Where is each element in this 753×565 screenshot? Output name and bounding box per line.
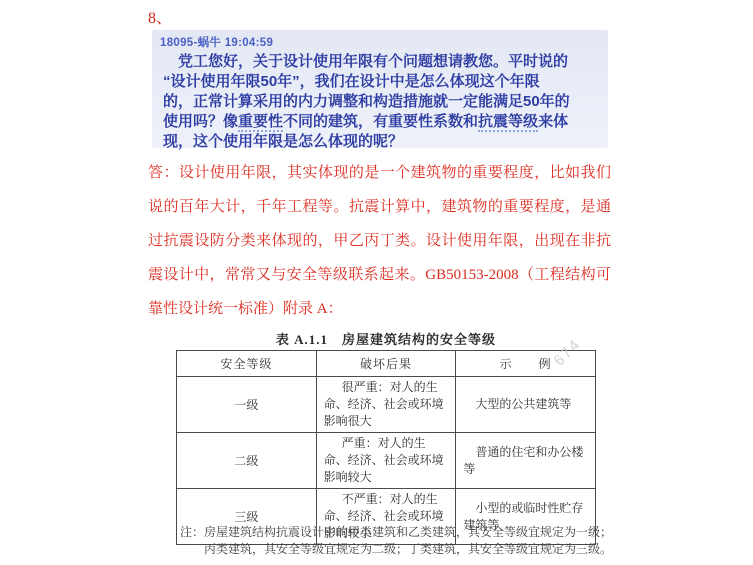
chat-line-3: 的，正常计算采用的内力调整和构造措施就一定能满足50年的 — [163, 92, 598, 112]
cell-consequence-text: 很严重：对人的生命、经济、社会或环境影响很大 — [324, 379, 449, 430]
table-header-row: 安全等级 破坏后果 示 例 — [177, 351, 596, 377]
chat-line-5: 现，这个使用年限是怎么体现的呢？ — [163, 132, 598, 152]
cell-consequence-text: 严重：对人的生命、经济、社会或环境影响较大 — [324, 435, 449, 486]
answer-line: 说的百年大计，千年工程等。抗震计算中，建筑物的重要程度，是通 — [148, 190, 611, 224]
table-row: 二级 严重：对人的生命、经济、社会或环境影响较大 普通的住宅和办公楼等 — [177, 433, 596, 489]
cell-consequence: 严重：对人的生命、经济、社会或环境影响较大 — [316, 433, 456, 489]
table-note-line: 丙类建筑，其安全等级宜规定为二级；丁类建筑，其安全等级宜规定为三级。 — [180, 541, 632, 558]
answer-line: 靠性设计统一标准）附录 A： — [148, 292, 611, 326]
table-note-line: 注：房屋建筑结构抗震设计中的甲类建筑和乙类建筑，其安全等级宜规定为一级； — [180, 524, 632, 541]
chat-line-2: “设计使用年限50年”，我们在设计中是怎么体现这个年限 — [163, 72, 598, 92]
answer-line: 答：设计使用年限，其实体现的是一个建筑物的重要程度，比如我们 — [148, 156, 611, 190]
chat-quote-card: 18095-蜗牛 19:04:59 党工您好，关于设计使用年限有个问题想请教您。… — [152, 30, 608, 148]
chat-line-4: 使用吗？像重要性不同的建筑，有重要性系数和抗震等级来体 — [163, 112, 598, 132]
chat-line-4-text: 使用吗？像 — [163, 113, 238, 130]
answer-line: 过抗震设防分类来体现的，甲乙丙丁类。设计使用年限，出现在非抗 — [148, 224, 611, 258]
chat-line-4-text: 不同的建筑，有重要性系数和 — [283, 113, 478, 130]
cell-example: 普通的住宅和办公楼等 — [456, 433, 596, 489]
chat-message: 党工您好，关于设计使用年限有个问题想请教您。平时说的 “设计使用年限50年”，我… — [152, 51, 608, 152]
column-header-failure-consequence: 破坏后果 — [316, 351, 456, 377]
chat-line-4-text: 来体 — [538, 113, 568, 130]
table-title: 表 A.1.1 房屋建筑结构的安全等级 — [176, 329, 596, 348]
column-header-safety-grade: 安全等级 — [177, 351, 317, 377]
cell-example: 大型的公共建筑等 — [456, 377, 596, 433]
chat-sender-timestamp: 18095-蜗牛 19:04:59 — [152, 30, 608, 51]
cell-consequence: 很严重：对人的生命、经济、社会或环境影响很大 — [316, 377, 456, 433]
document-page: 8、 18095-蜗牛 19:04:59 党工您好，关于设计使用年限有个问题想请… — [0, 0, 753, 565]
cell-example-text: 大型的公共建筑等 — [463, 396, 588, 413]
cell-example-text: 普通的住宅和办公楼等 — [463, 444, 588, 478]
answer-paragraph: 答：设计使用年限，其实体现的是一个建筑物的重要程度，比如我们 说的百年大计，千年… — [148, 156, 611, 326]
underlined-term-importance: 重要性 — [238, 113, 283, 132]
cell-grade: 一级 — [177, 377, 317, 433]
table-note: 注：房屋建筑结构抗震设计中的甲类建筑和乙类建筑，其安全等级宜规定为一级； 丙类建… — [180, 524, 632, 558]
underlined-term-seismic-grade: 抗震等级 — [478, 113, 538, 132]
safety-grade-table: 安全等级 破坏后果 示 例 一级 很严重：对人的生命、经济、社会或环境影响很大 … — [176, 350, 596, 545]
chat-line-1: 党工您好，关于设计使用年限有个问题想请教您。平时说的 — [163, 52, 598, 72]
answer-line: 震设计中，常常又与安全等级联系起来。GB50153-2008（工程结构可 — [148, 258, 611, 292]
cell-grade: 二级 — [177, 433, 317, 489]
table-row: 一级 很严重：对人的生命、经济、社会或环境影响很大 大型的公共建筑等 — [177, 377, 596, 433]
section-number: 8、 — [148, 5, 172, 28]
